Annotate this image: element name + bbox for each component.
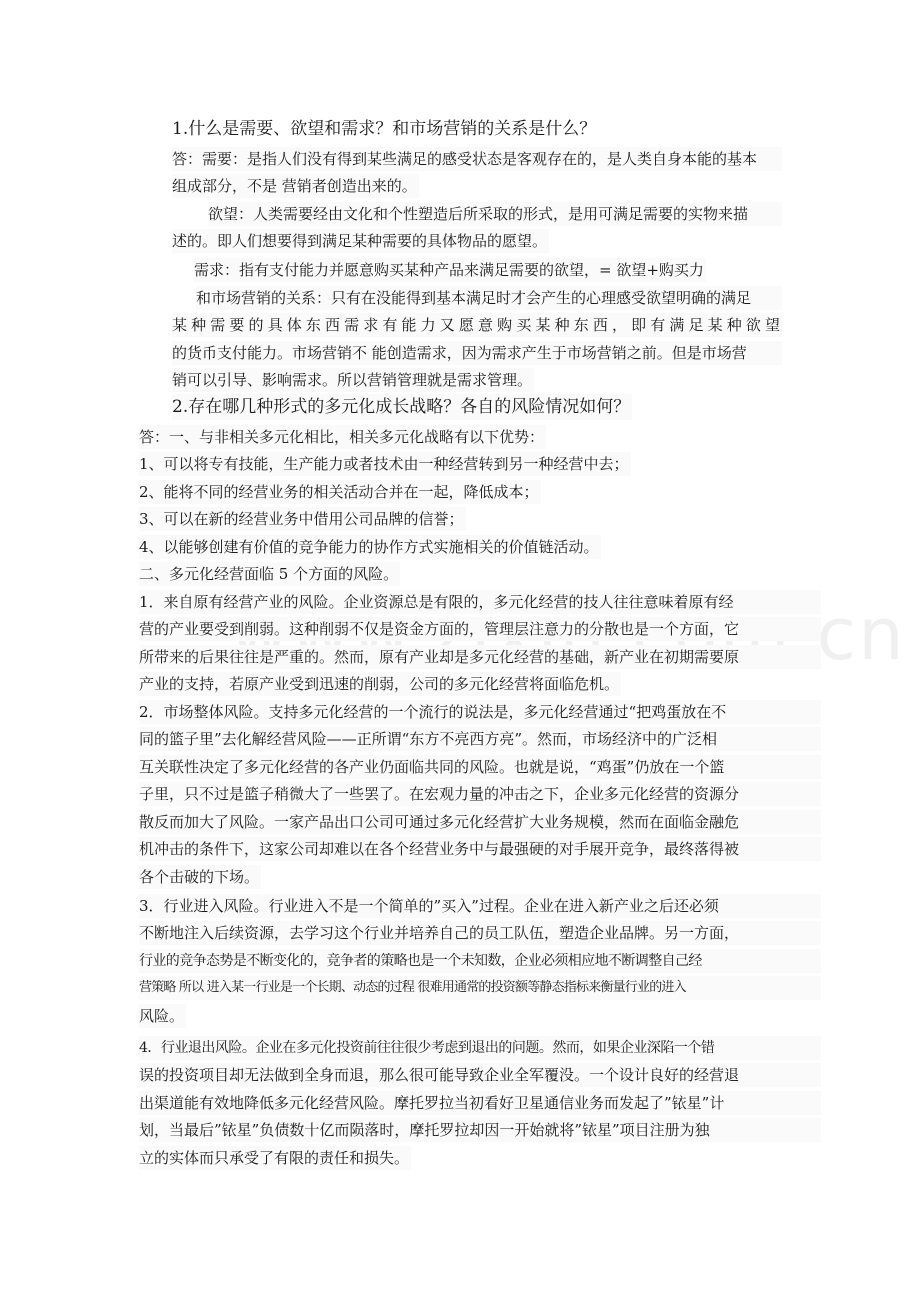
risk-1-line: 产业的支持，若原产业受到迅速的削弱，公司的多元化经营将面临危机。: [139, 672, 621, 696]
q1-answer-line: 述的。即人们想要得到满足某种需要的具体物品的愿望。: [172, 229, 549, 253]
risk-3-line: 营策略 所以 进入某一行业是一个长期、动态的过程 很难用通常的投资额等静态指标来…: [139, 976, 821, 1000]
risk-2-line: 同的篮子里”去化解经营风险——正所谓“东方不亮西方亮”。然而，市场经济中的广泛相: [139, 727, 821, 751]
risk-3-line: 行业的竞争态势是不断变化的，竞争者的策略也是一个未知数，企业必须相应地不断调整自…: [139, 949, 821, 973]
risk-2-line: 互关联性决定了多元化经营的各产业仍面临共同的风险。也就是说，“鸡蛋”仍放在一个篮: [139, 755, 821, 779]
risk-4-line: 4．行业退出风险。企业在多元化投资前往往很少考虑到退出的问题。然而，如果企业深陷…: [139, 1036, 821, 1060]
q1-answer-line: 的货币支付能力。市场营销不 能创造需求，因为需求产生于市场营销之前。但是市场营: [172, 341, 782, 365]
q1-answer-line: 某种需要的具体东西需求有能力又愿意购买某种东西，即有满足某种欲望: [172, 313, 782, 337]
q2-list-item: 2、能将不同的经营业务的相关活动合并在一起，降低成本；: [139, 480, 541, 504]
question-2-title: 2.存在哪几种形式的多元化成长战略？各自的风险情况如何？: [172, 394, 632, 420]
risk-1-line: 所带来的后果往往是严重的。然而，原有产业却是多元化经营的基础，新产业在初期需要原: [139, 645, 821, 669]
risk-2-line: 散反而加大了风险。一家产品出口公司可通过多元化经营扩大业务规模，然而在面临金融危: [139, 810, 821, 834]
q1-answer-line: 组成部分，不是 营销者创造出来的。: [172, 174, 419, 198]
risk-1-line: 营的产业要受到削弱。这种削弱不仅是资金方面的，管理层注意力的分散也是一个方面，它: [139, 617, 821, 641]
q2-list-item: 1、可以将专有技能，生产能力或者技术由一种经营转到另一种经营中去；: [139, 452, 631, 476]
risk-2-line: 各个击破的下场。: [139, 865, 261, 889]
q2-list-item: 4、以能够创建有价值的竞争能力的协作方式实施相关的价值链活动。: [139, 535, 601, 559]
risk-4-line: 立的实体而只承受了有限的责任和损失。: [139, 1146, 411, 1170]
risk-2-line: 子里，只不过是篮子稍微大了一些罢了。在宏观力量的冲击之下，企业多元化经营的资源分: [139, 782, 821, 806]
q1-answer-line: 欲望：人类需要经由文化和个性塑造后所采取的形式，是用可满足需要的实物来描: [208, 202, 782, 226]
q1-answer-line: 和市场营销的关系：只有在没能得到基本满足时才会产生的心理感受欲望明确的满足: [196, 286, 782, 310]
risk-3-line: 不断地注入后续资源，去学习这个行业并培养自己的员工队伍，塑造企业品牌。另一方面，: [139, 921, 821, 945]
risk-4-line: 划，当最后”铱星”负债数十亿而陨落时，摩托罗拉却因一开始就将”铱星”项目注册为独: [139, 1118, 821, 1142]
q1-answer-line: 需求：指有支付能力并愿意购买某种产品来满足需要的欲望，= 欲望+购买力: [194, 258, 706, 282]
q1-answer-line: 销可以引导、影响需求。所以营销管理就是需求管理。: [172, 368, 534, 392]
risk-1-line: 1．来自原有经营产业的风险。企业资源总是有限的，多元化经营的技人往往意味着原有经: [139, 590, 821, 614]
q2-section-heading: 二、多元化经营面临 5 个方面的风险。: [139, 562, 400, 586]
risk-3-line: 3．行业进入风险。行业进入不是一个简单的”买入”过程。企业在进入新产业之后还必须: [139, 894, 821, 918]
risk-4-line: 出渠道能有效地降低多元化经营风险。摩托罗拉当初看好卫星通信业务而发起了”铱星”计: [139, 1091, 821, 1115]
risk-2-line: 机冲击的条件下，这家公司却难以在各个经营业务中与最强硬的对手展开竞争，最终落得被: [139, 837, 821, 861]
document-page: www.zixin.com.cn 1.什么是需要、欲望和需求？和市场营销的关系是…: [0, 0, 920, 1302]
risk-4-line: 误的投资项目却无法做到全身而退，那么很可能导致企业全军覆没。一个设计良好的经营退: [139, 1063, 821, 1087]
q1-answer-line: 答：需要：是指人们没有得到某些满足的感受状态是客观存在的，是人类自身本能的基本: [172, 147, 782, 171]
q2-list-item: 3、可以在新的经营业务中借用公司品牌的信誉；: [139, 507, 466, 531]
q2-answer-line: 答：一、与非相关多元化相比，相关多元化战略有以下优势：: [139, 425, 546, 449]
risk-2-line: 2．市场整体风险。支持多元化经营的一个流行的说法是，多元化经营通过“把鸡蛋放在不: [139, 700, 821, 724]
risk-3-line: 风险。: [139, 1004, 186, 1028]
question-1-title: 1.什么是需要、欲望和需求？和市场营销的关系是什么？: [172, 116, 598, 142]
